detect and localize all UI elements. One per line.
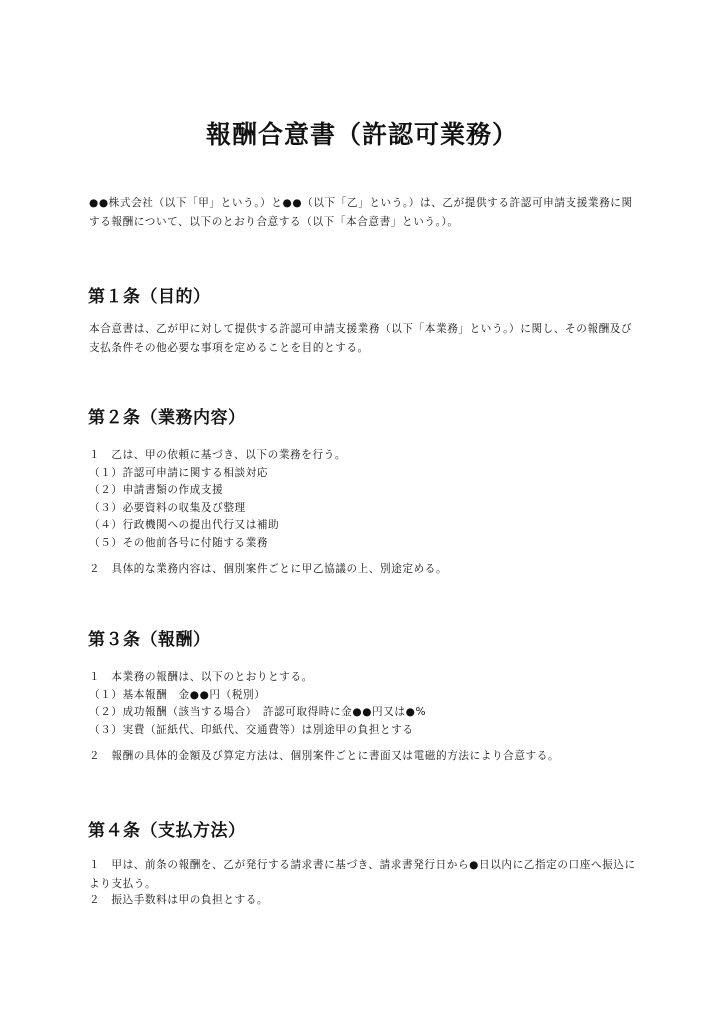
article-2-list: １ 乙は、甲の依頼に基づき、以下の業務を行う。 （１）許認可申請に関する相談対応… xyxy=(89,447,346,553)
preamble: ●●株式会社（以下「甲」という。）と●●（以下「乙」という。）は、乙が提供する許… xyxy=(89,194,637,231)
article-4-heading: 第４条（支払方法） xyxy=(88,818,246,844)
article-1-body: 本合意書は、乙が甲に対して提供する許認可申請支援業務（以下「本業務」という。）に… xyxy=(89,320,637,357)
article-1-heading: 第１条（目的） xyxy=(88,284,211,310)
article-4-clause-2: ２ 振込手数料は甲の負担とする。 xyxy=(89,892,268,910)
article-2-item-5: （５）その他前各号に付随する業務 xyxy=(89,535,346,553)
article-3-clause-1: １ 本業務の報酬は、以下のとおりとする。 xyxy=(89,669,426,687)
article-3-clause-2-wrap: ２ 報酬の具体的金額及び算定方法は、個別案件ごとに書面又は電磁的方法により合意す… xyxy=(89,748,559,766)
article-3-item-3: （３）実費（証紙代、印紙代、交通費等）は別途甲の負担とする xyxy=(89,722,426,740)
article-3-item-1: （１）基本報酬 金●●円（税別） xyxy=(89,687,426,705)
article-2-item-1: （１）許認可申請に関する相談対応 xyxy=(89,465,346,483)
document-title: 報酬合意書（許認可業務） xyxy=(0,116,724,154)
article-4-clause-1: １ 甲は、前条の報酬を、乙が発行する請求書に基づき、請求書発行日から●日以内に乙… xyxy=(89,856,637,893)
article-3-item-2: （２）成功報酬（該当する場合） 許認可取得時に金●●円又は●% xyxy=(89,704,426,722)
article-4-clause-2-wrap: ２ 振込手数料は甲の負担とする。 xyxy=(89,892,268,910)
article-2-clause-2: ２ 具体的な業務内容は、個別案件ごとに甲乙協議の上、別途定める。 xyxy=(89,561,447,579)
document-page: 報酬合意書（許認可業務） ●●株式会社（以下「甲」という。）と●●（以下「乙」と… xyxy=(0,0,724,1024)
article-2-heading: 第２条（業務内容） xyxy=(88,405,246,431)
article-2-clause-1: １ 乙は、甲の依頼に基づき、以下の業務を行う。 xyxy=(89,447,346,465)
article-2-item-2: （２）申請書類の作成支援 xyxy=(89,482,346,500)
article-2-item-4: （４）行政機関への提出代行又は補助 xyxy=(89,517,346,535)
article-3-clause-2: ２ 報酬の具体的金額及び算定方法は、個別案件ごとに書面又は電磁的方法により合意す… xyxy=(89,748,559,766)
article-2-item-3: （３）必要資料の収集及び整理 xyxy=(89,500,346,518)
article-3-list: １ 本業務の報酬は、以下のとおりとする。 （１）基本報酬 金●●円（税別） （２… xyxy=(89,669,426,739)
article-2-clause-2-wrap: ２ 具体的な業務内容は、個別案件ごとに甲乙協議の上、別途定める。 xyxy=(89,561,447,579)
article-3-heading: 第３条（報酬） xyxy=(88,627,211,653)
